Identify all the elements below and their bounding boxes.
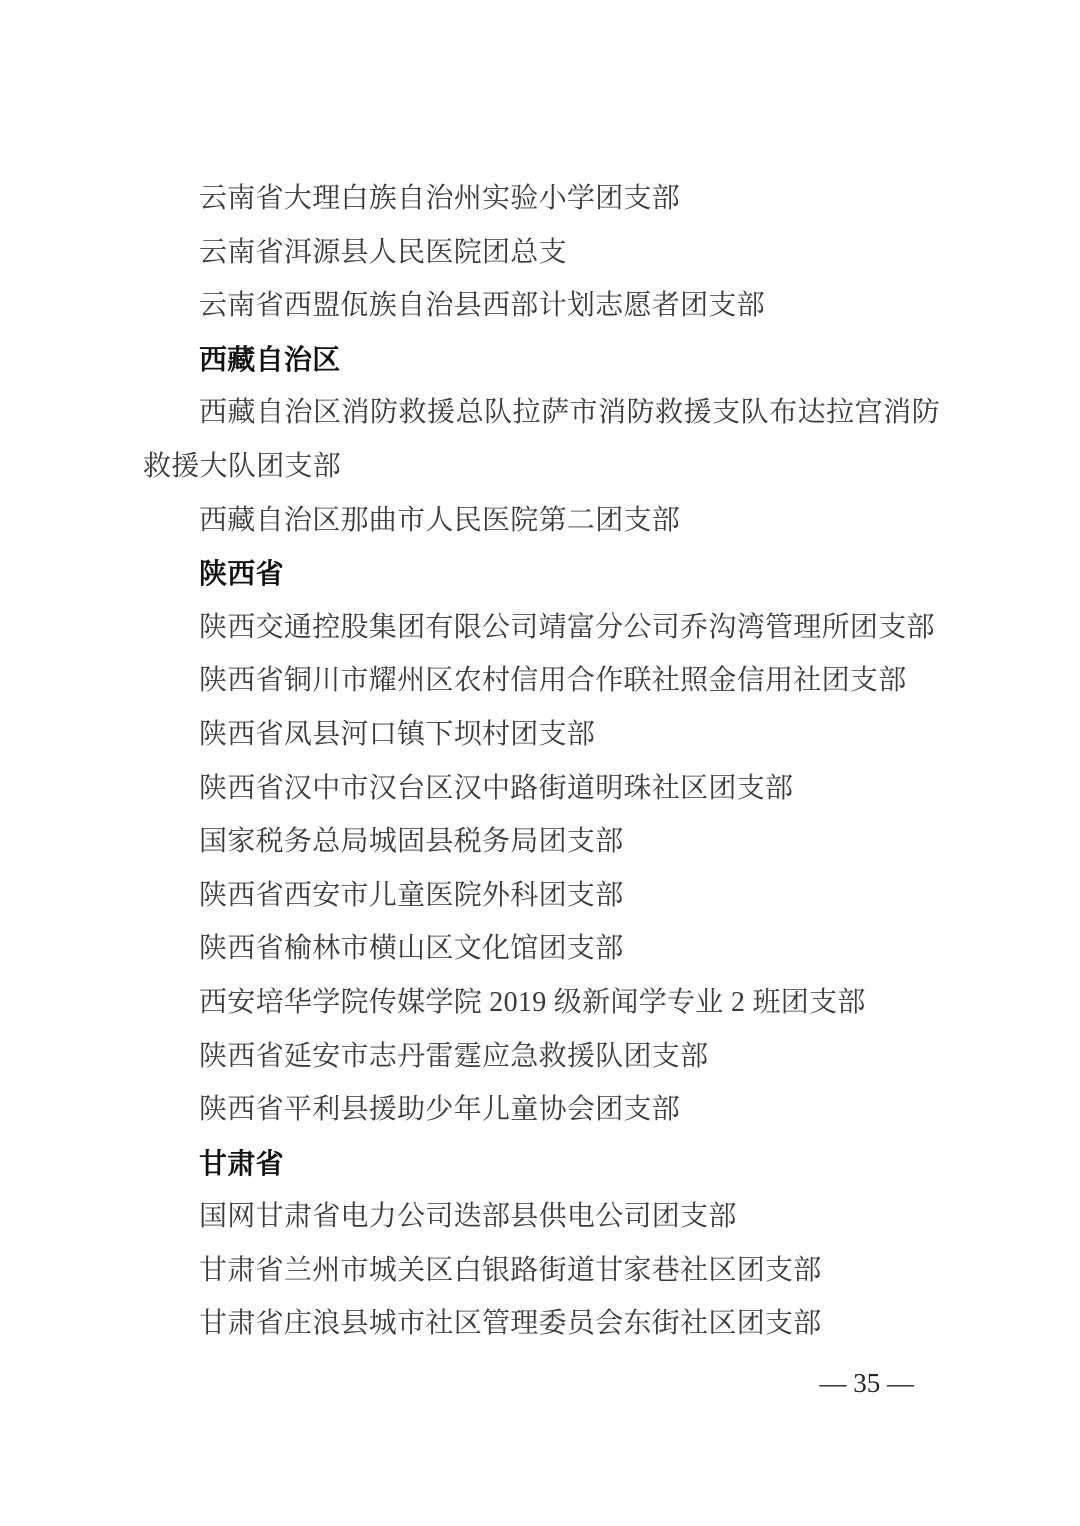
list-item: 国网甘肃省电力公司迭部县供电公司团支部: [143, 1190, 940, 1244]
list-item: 西藏自治区那曲市人民医院第二团支部: [143, 494, 940, 548]
list-item: 甘肃省庄浪县城市社区管理委员会东街社区团支部: [143, 1297, 940, 1351]
list-item: 陕西省平利县援助少年儿童协会团支部: [143, 1083, 940, 1137]
section-heading-shaanxi: 陕西省: [143, 547, 940, 601]
list-item: 国家税务总局城固县税务局团支部: [143, 815, 940, 869]
list-item: 陕西省铜川市耀州区农村信用合作联社照金信用社团支部: [143, 654, 940, 708]
list-item: 陕西省西安市儿童医院外科团支部: [143, 869, 940, 923]
list-item: 西藏自治区消防救援总队拉萨市消防救援支队布达拉宫消防救援大队团支部: [143, 386, 940, 493]
list-item: 陕西省榆林市横山区文化馆团支部: [143, 922, 940, 976]
list-item: 西安培华学院传媒学院 2019 级新闻学专业 2 班团支部: [143, 976, 940, 1030]
list-item: 陕西省延安市志丹雷霆应急救援队团支部: [143, 1030, 940, 1084]
list-item: 陕西交通控股集团有限公司靖富分公司乔沟湾管理所团支部: [143, 601, 940, 655]
page-number: — 35 —: [820, 1368, 915, 1398]
list-item: 云南省大理白族自治州实验小学团支部: [143, 172, 940, 226]
commendation-list: 云南省大理白族自治州实验小学团支部 云南省洱源县人民医院团总支 云南省西盟佤族自…: [143, 172, 940, 1351]
section-heading-gansu: 甘肃省: [143, 1137, 940, 1191]
document-page: 云南省大理白族自治州实验小学团支部 云南省洱源县人民医院团总支 云南省西盟佤族自…: [0, 0, 1080, 1526]
list-item: 云南省洱源县人民医院团总支: [143, 226, 940, 280]
list-item: 陕西省汉中市汉台区汉中路街道明珠社区团支部: [143, 762, 940, 816]
list-item: 云南省西盟佤族自治县西部计划志愿者团支部: [143, 279, 940, 333]
list-item: 甘肃省兰州市城关区白银路街道甘家巷社区团支部: [143, 1244, 940, 1298]
section-heading-xizang: 西藏自治区: [143, 333, 940, 387]
list-item: 陕西省凤县河口镇下坝村团支部: [143, 708, 940, 762]
